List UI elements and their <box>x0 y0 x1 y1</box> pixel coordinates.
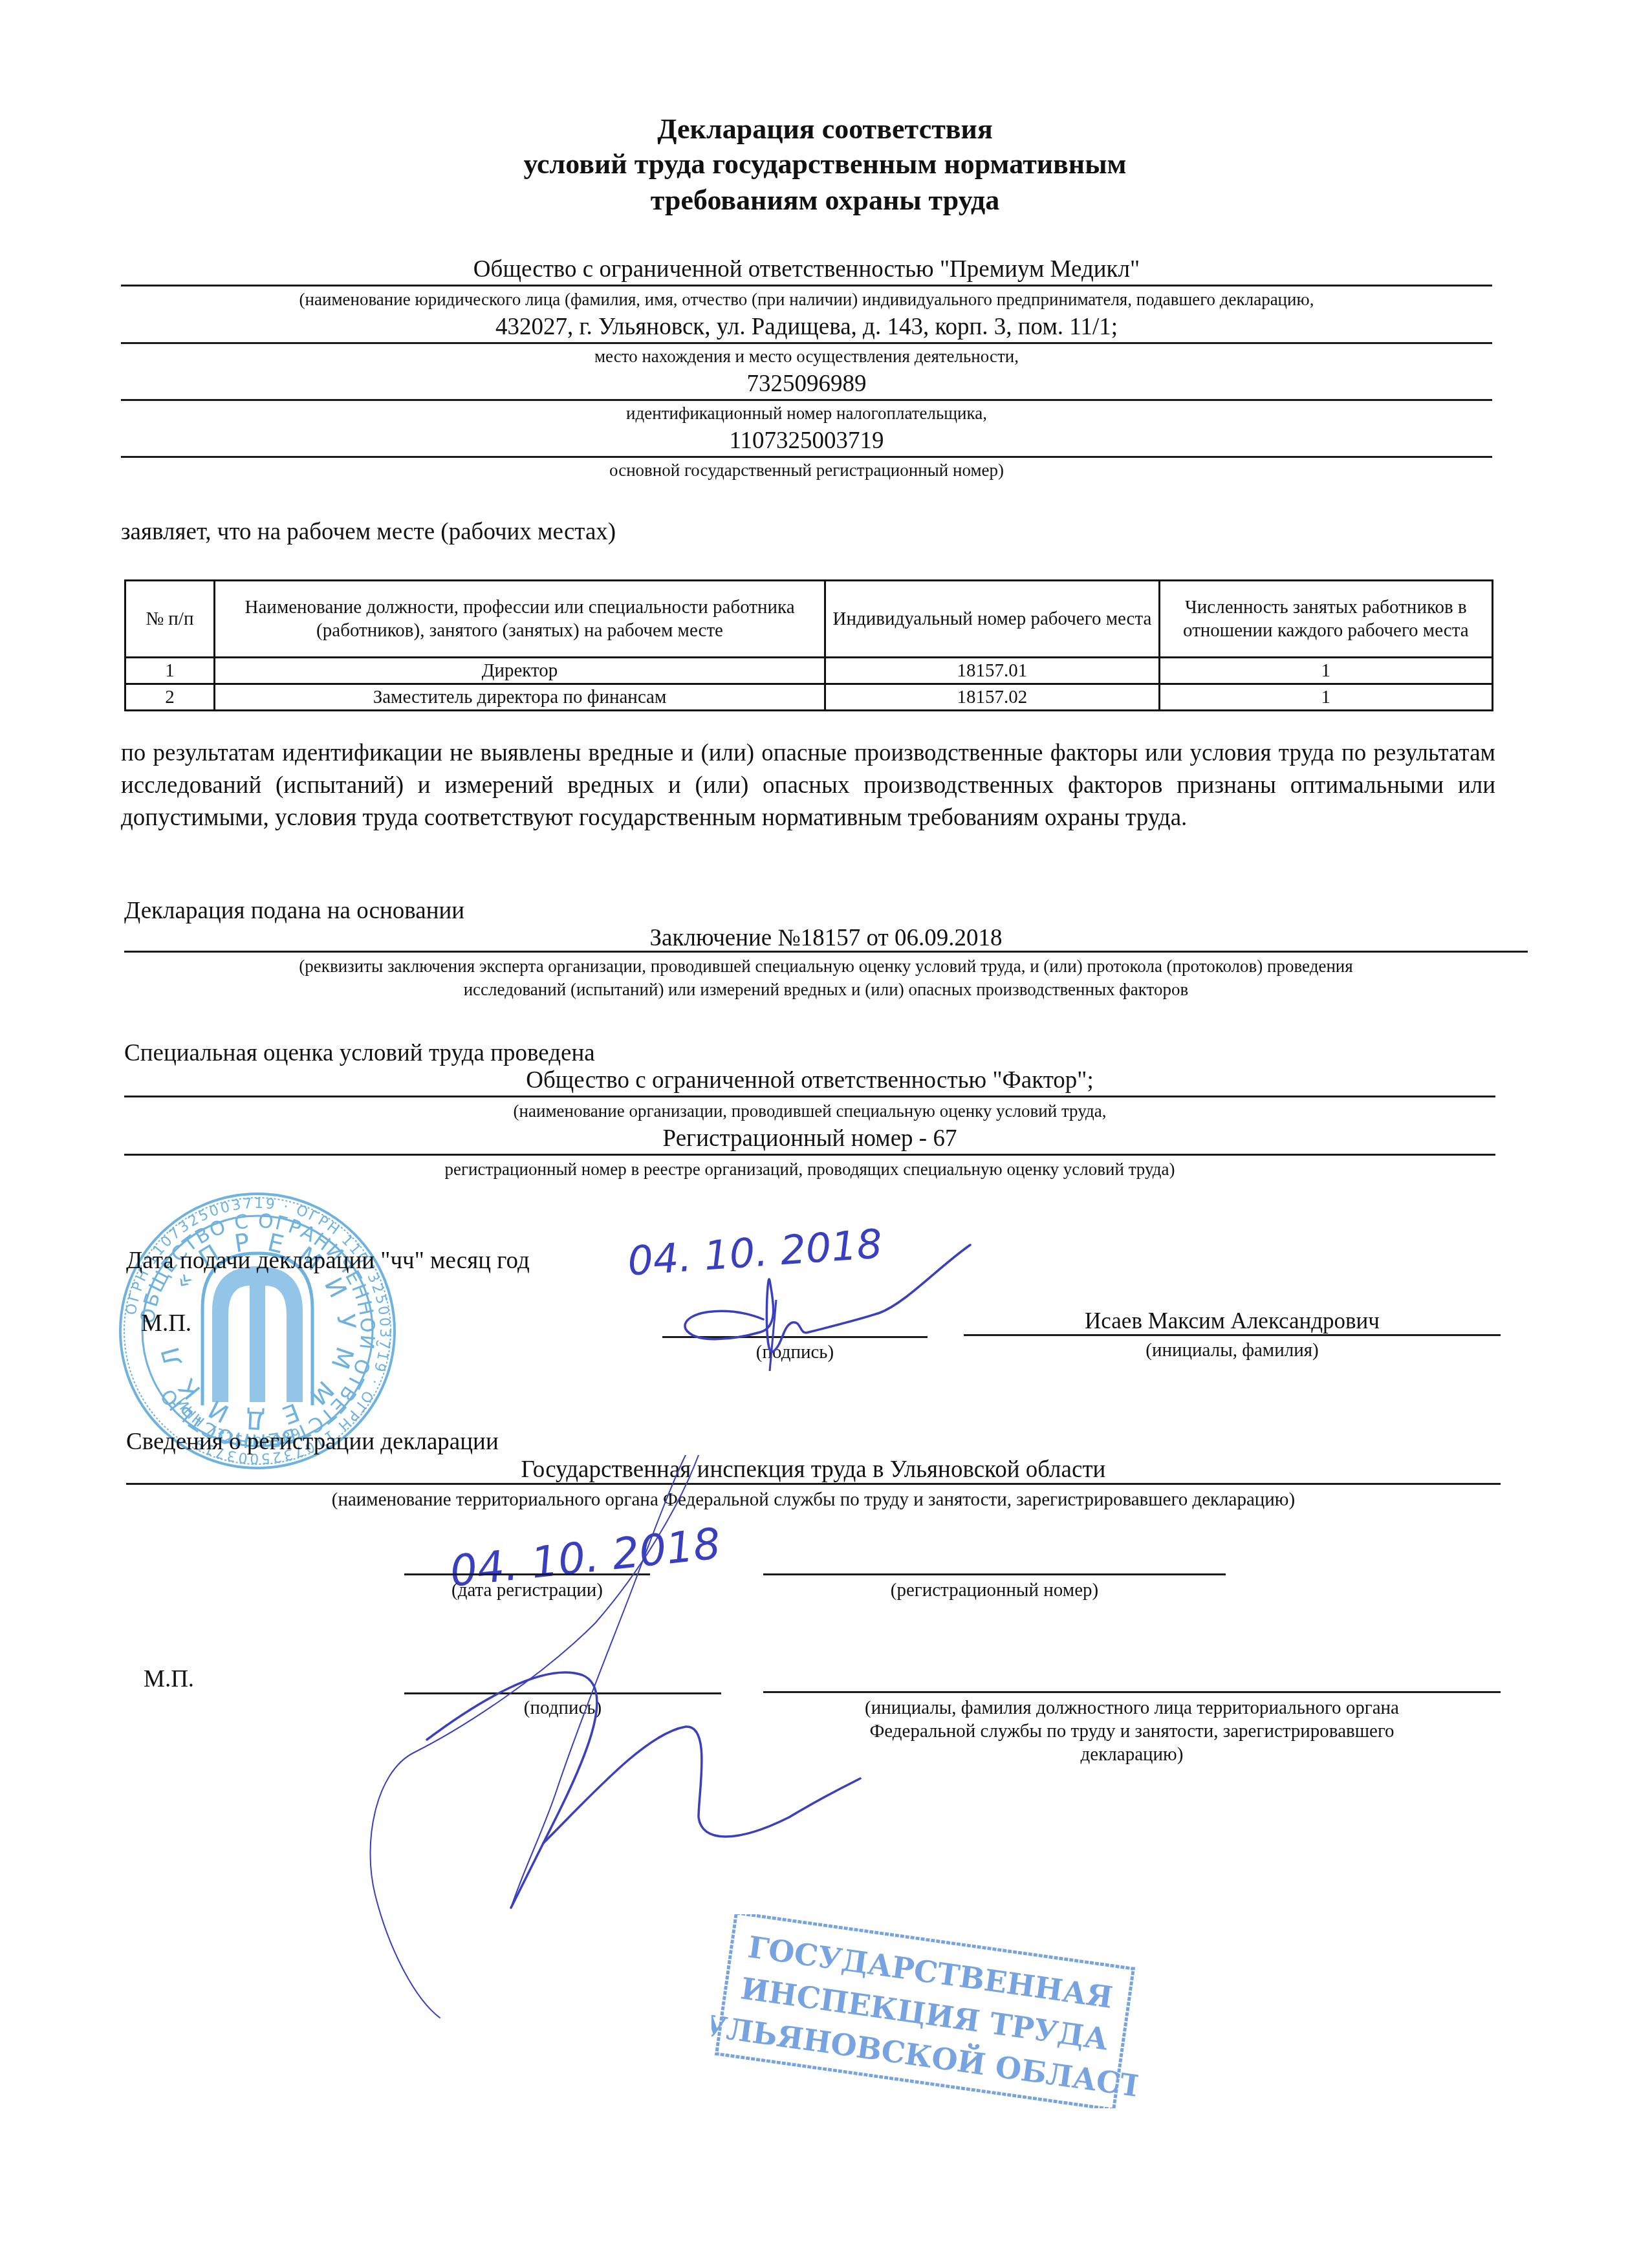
basis-label: Декларация подана на основании <box>124 895 464 927</box>
document-title-line-1: Декларация соответствия <box>0 111 1650 147</box>
basis-value: Заключение №18157 от 06.09.2018 <box>124 925 1528 952</box>
workplaces-table: № п/п Наименование должности, профессии … <box>124 579 1493 711</box>
registration-official-hint-3: декларацию) <box>763 1744 1501 1765</box>
table-row: 1 Директор 18157.01 1 <box>125 658 1493 684</box>
declarant-ogrn: 1107325003719 <box>121 427 1492 455</box>
header-employee-count: Численность занятых работников в отношен… <box>1159 581 1492 658</box>
declarant-inn-hint: идентификационный номер налогоплательщик… <box>121 403 1492 424</box>
assessment-org: Общество с ограниченной ответственностью… <box>124 1067 1495 1094</box>
submission-signature-line <box>662 1336 928 1338</box>
basis-hint-2: исследований (испытаний) или измерений в… <box>124 979 1528 1000</box>
registration-official-hint-2: Федеральной службы по труду и занятости,… <box>763 1721 1501 1742</box>
registration-authority-line <box>126 1483 1501 1485</box>
declarant-ogrn-line <box>121 456 1492 458</box>
cell-position: Директор <box>214 658 825 684</box>
table-row: 2 Заместитель директора по финансам 1815… <box>125 684 1493 711</box>
registration-official-hint-1: (инициалы, фамилия должностного лица тер… <box>763 1698 1501 1718</box>
conclusion-paragraph: по результатам идентификации не выявлены… <box>121 737 1495 834</box>
cell-position: Заместитель директора по финансам <box>214 684 825 711</box>
assessment-reg-hint: регистрационный номер в реестре организа… <box>124 1159 1495 1180</box>
assessment-reg-line <box>124 1154 1495 1156</box>
assessment-reg-number: Регистрационный номер - 67 <box>124 1125 1495 1152</box>
submission-date-label: Дата подачи декларации "чч" месяц год <box>126 1245 530 1277</box>
cell-employee-count: 1 <box>1159 684 1492 711</box>
declarant-ogrn-hint: основной государственный регистрационный… <box>121 460 1492 481</box>
registration-authority-hint: (наименование территориального органа Фе… <box>126 1489 1501 1510</box>
statement-intro: заявляет, что на рабочем месте (рабочих … <box>121 516 616 548</box>
document-title-line-2: условий труда государственным нормативны… <box>0 146 1650 182</box>
registration-official-line <box>763 1691 1501 1693</box>
cell-number: 1 <box>125 658 215 684</box>
registration-number-line <box>763 1573 1226 1575</box>
assessment-org-hint: (наименование организации, проводившей с… <box>124 1101 1495 1121</box>
document-title-line-3: требованиям охраны труда <box>0 182 1650 218</box>
assessment-label: Специальная оценка условий труда проведе… <box>124 1037 595 1070</box>
registration-date-hint: (дата регистрации) <box>404 1580 650 1601</box>
declarant-inn: 7325096989 <box>121 371 1492 398</box>
declarant-address-line <box>121 342 1492 344</box>
declarant-name: Общество с ограниченной ответственностью… <box>121 256 1492 283</box>
declarant-name-hint: (наименование юридического лица (фамилия… <box>121 289 1492 310</box>
signer-name: Исаев Максим Александрович <box>964 1308 1501 1335</box>
assessment-org-line <box>124 1096 1495 1097</box>
declarant-name-line <box>121 285 1492 286</box>
cell-workplace-id: 18157.01 <box>825 658 1159 684</box>
inspectorate-rect-stamp: ГОСУДАРСТВЕННАЯ ИНСПЕКЦИЯ ТРУДА В УЛЬЯНО… <box>711 1914 1138 2108</box>
submission-date-handwritten: 04. 10. 2018 <box>626 1220 884 1284</box>
cell-number: 2 <box>125 684 215 711</box>
registration-label: Сведения о регистрации декларации <box>126 1426 499 1458</box>
registration-authority: Государственная инспекция труда в Ульяно… <box>126 1456 1501 1484</box>
header-number: № п/п <box>125 581 215 658</box>
submission-signature-hint: (подпись) <box>662 1342 928 1363</box>
header-workplace-id: Индивидуальный номер рабочего места <box>825 581 1159 658</box>
registration-mp: М.П. <box>144 1663 194 1696</box>
header-position: Наименование должности, профессии или сп… <box>214 581 825 658</box>
registration-signature-line <box>404 1692 721 1694</box>
basis-line <box>124 951 1528 953</box>
submission-mp: М.П. <box>141 1308 191 1340</box>
registration-number-hint: (регистрационный номер) <box>763 1580 1226 1601</box>
registration-signature-hint: (подпись) <box>404 1698 721 1718</box>
declarant-inn-line <box>121 399 1492 401</box>
signer-name-line <box>964 1334 1501 1336</box>
signer-name-hint: (инициалы, фамилия) <box>964 1340 1501 1361</box>
registration-date-line <box>404 1573 650 1575</box>
declarant-address: 432027, г. Ульяновск, ул. Радищева, д. 1… <box>121 314 1492 341</box>
cell-employee-count: 1 <box>1159 658 1492 684</box>
table-header-row: № п/п Наименование должности, профессии … <box>125 581 1493 658</box>
cell-workplace-id: 18157.02 <box>825 684 1159 711</box>
declarant-address-hint: место нахождения и место осуществления д… <box>121 346 1492 367</box>
basis-hint-1: (реквизиты заключения эксперта организац… <box>124 956 1528 977</box>
